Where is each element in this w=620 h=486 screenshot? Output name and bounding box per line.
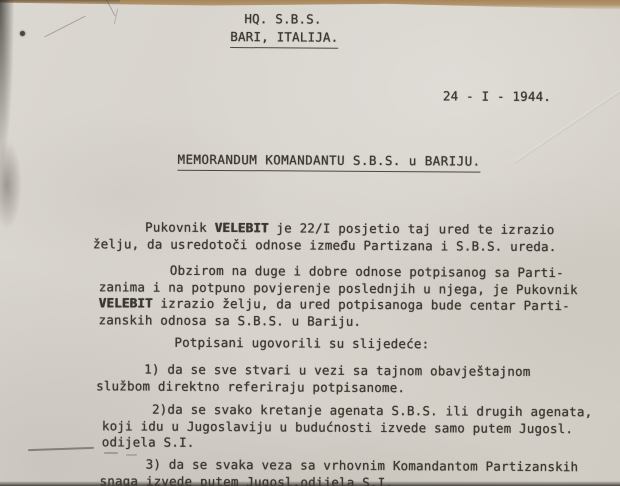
date-line: 24 - I - 1944. xyxy=(443,88,551,105)
paragraph-1: Pukovnik VELEBIT je 22/I posjetio taj ur… xyxy=(93,219,557,255)
text-line: želju, da usredotoči odnose između Parti… xyxy=(93,236,557,255)
document-scan: HQ. S.B.S. BARI, ITALIJA. 24 - I - 1944.… xyxy=(0,0,620,486)
letterhead-location: BARI, ITALIJA. xyxy=(230,29,338,49)
text-line: 1) da se sve stvari u vezi sa tajnom oba… xyxy=(96,361,530,380)
list-item-3: 3) da se svaka veza sa vrhovnim Komandan… xyxy=(99,456,578,486)
text-line: Potpisani ugovorili su slijedeće: xyxy=(174,335,429,353)
text-line: službom direktno referiraju potpisanome. xyxy=(96,378,530,397)
memo-page: HQ. S.B.S. BARI, ITALIJA. 24 - I - 1944.… xyxy=(0,0,620,486)
list-item-2: 2)da se svako kretanje agenata S.B.S. il… xyxy=(102,401,593,453)
paragraph-3: Potpisani ugovorili su slijedeće: xyxy=(174,335,429,353)
text-line: odijela S.I. xyxy=(102,434,592,453)
list-item-1: 1) da se sve stvari u vezi sa tajnom oba… xyxy=(96,361,530,397)
memo-title: MEMORANDUM KOMANDANTU S.B.S. u BARIJU. xyxy=(177,152,480,173)
letterhead-org: HQ. S.B.S. xyxy=(244,11,321,28)
paragraph-2: Obzirom na duge i dobre odnose potpisano… xyxy=(98,262,577,331)
text-line: zanskih odnosa sa S.B.S. u Bariju. xyxy=(98,312,577,331)
